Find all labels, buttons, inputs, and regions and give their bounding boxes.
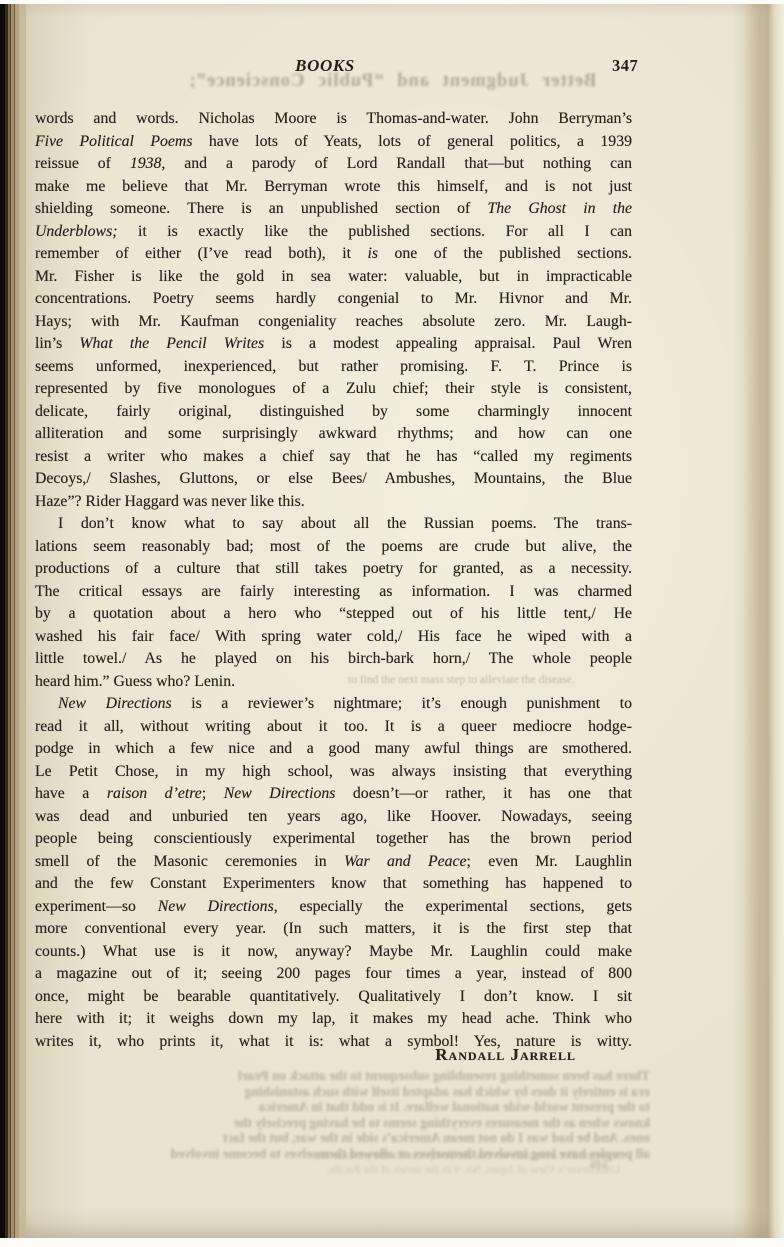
text-line: Decoys,/ Slashes, Gluttons, or else Bees… [35,468,632,491]
running-head-title: BOOKS [35,56,615,76]
text-line: remember of either (I’ve read both), it … [35,243,632,266]
text-line: by a quotation about a hero who “stepped… [35,603,632,626]
text-line: little towel./ As he played on his birch… [35,648,632,671]
text-line: more conventional every year. (In such m… [35,918,632,941]
author-signature: Randall Jarrell [35,1045,632,1065]
body-text: words and words. Nicholas Moore is Thoma… [35,108,632,1053]
text-line: have a raison d’etre; New Directions doe… [35,783,632,806]
text-line: Five Political Poems have lots of Yeats,… [35,131,632,154]
text-line: lations seem reasonably bad; most of the… [35,536,632,559]
text-line: Hays; with Mr. Kaufman congeniality reac… [35,311,632,334]
text-line: reissue of 1938, and a parody of Lord Ra… [35,153,632,176]
text-line: here with it; it weighs down my lap, it … [35,1008,632,1031]
text-line: lin’s What the Pencil Writes is a modest… [35,333,632,356]
text-line: delicate, fairly original, distinguished… [35,401,632,424]
scanner-strip-bottom [0,1238,784,1247]
text-line: The critical essays are fairly interesti… [35,581,632,604]
text-line: Haze”? Rider Haggard was never like this… [35,491,632,514]
text-line: I don’t know what to say about all the R… [35,513,632,536]
text-line: a magazine out of it; seeing 200 pages f… [35,963,632,986]
text-line: shielding someone. There is an unpublish… [35,198,632,221]
text-line: New Directions is a reviewer’s nightmare… [35,693,632,716]
text-line: represented by five monologues of a Zulu… [35,378,632,401]
text-line: Le Petit Chose, in my high school, was a… [35,761,632,784]
text-line: productions of a culture that still take… [35,558,632,581]
text-line: words and words. Nicholas Moore is Thoma… [35,108,632,131]
text-line: smell of the Masonic ceremonies in War a… [35,851,632,874]
text-line: experiment—so New Directions, especially… [35,896,632,919]
text-line: once, might be bearable quantitatively. … [35,986,632,1009]
text-line: and the few Constant Experimenters know … [35,873,632,896]
text-line: was dead and unburied ten years ago, lik… [35,806,632,829]
text-line: podge in which a few nice and a good man… [35,738,632,761]
book-page-scan: Better Judgment and “Public Conscience”;… [0,0,784,1247]
scanner-strip-top [0,0,784,4]
text-line: make me believe that Mr. Berryman wrote … [35,176,632,199]
text-line: Mr. Fisher is like the gold in sea water… [35,266,632,289]
text-line: alliteration and some surprisingly awkwa… [35,423,632,446]
text-line: seems unformed, inexperienced, but rathe… [35,356,632,379]
text-line: read it all, without writing about it to… [35,716,632,739]
binding-edge [0,4,26,1238]
page-number: 347 [612,56,638,76]
text-line: heard him.” Guess who? Lenin. [35,671,632,694]
text-line: resist a writer who makes a chief say th… [35,446,632,469]
page-right-edge [744,4,784,1238]
text-line: concentrations. Poetry seems hardly cong… [35,288,632,311]
text-line: Underblows; it is exactly like the publi… [35,221,632,244]
text-line: washed his fair face/ With spring water … [35,626,632,649]
text-line: counts.) What use is it now, anyway? May… [35,941,632,964]
text-line: people being conscientiously experimenta… [35,828,632,851]
